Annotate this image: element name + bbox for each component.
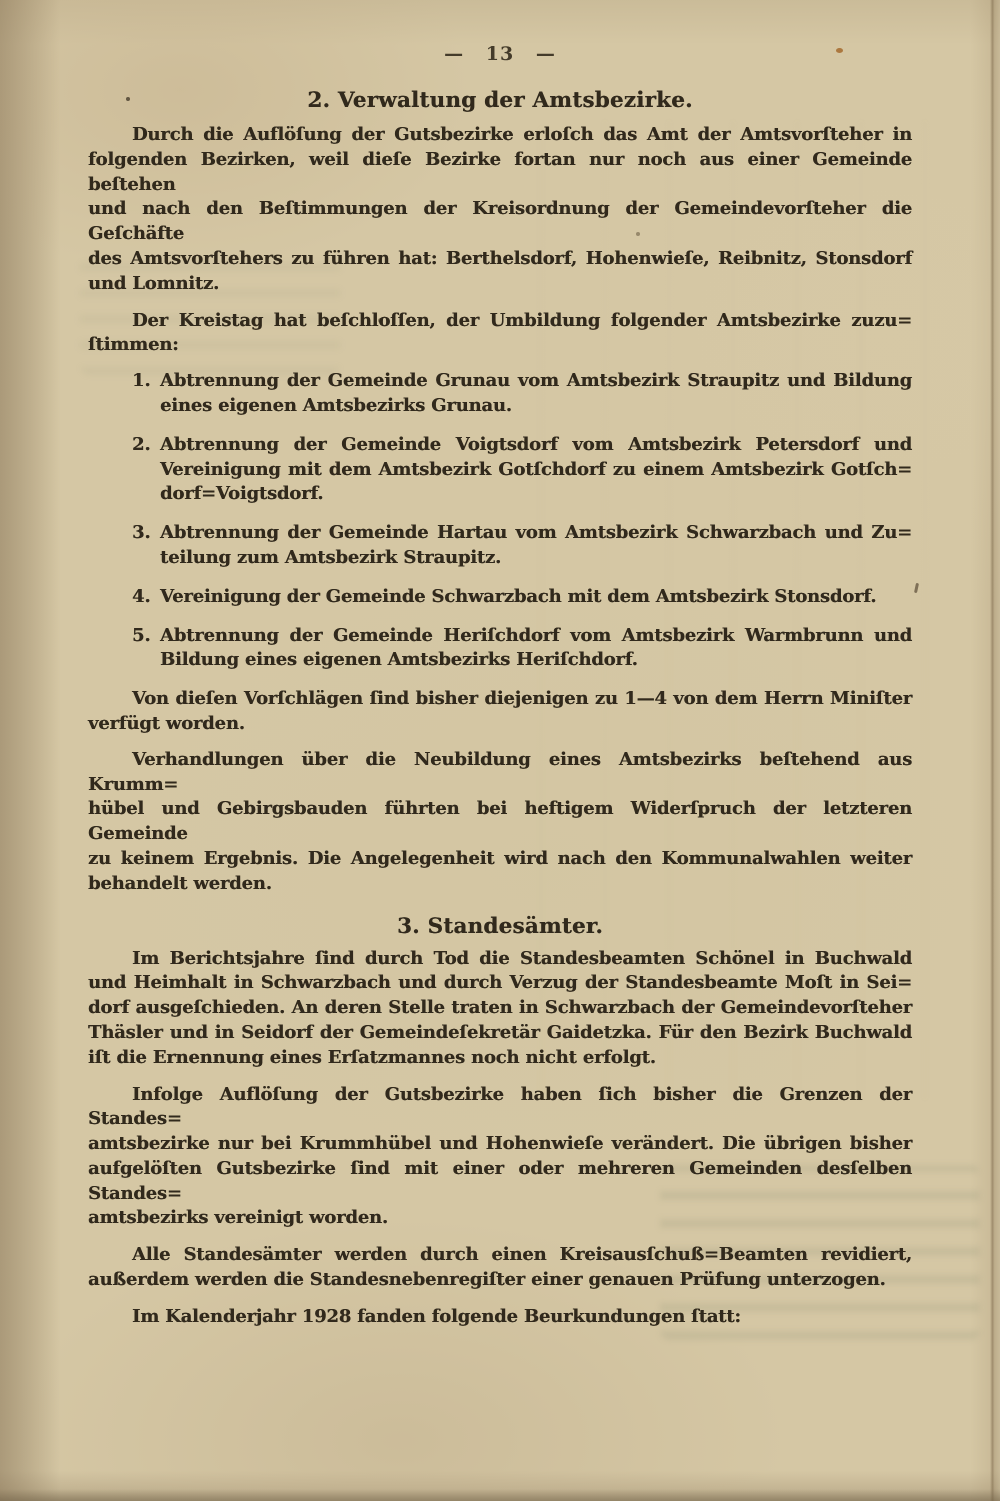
- text-line: Abtrennung der Gemeinde Hartau vom Amtsb…: [160, 521, 912, 546]
- paragraph-gutsbezirke: Durch die Auflöſung der Gutsbezirke erlo…: [88, 123, 912, 297]
- list-item: 5. Abtrennung der Gemeinde Heriſchdorf v…: [132, 624, 912, 674]
- text-line: hübel und Gebirgsbauden führten bei heft…: [88, 797, 912, 847]
- text-line: eines eigenen Amtsbezirks Grunau.: [160, 394, 912, 419]
- text-line: folgenden Bezirken, weil dieſe Bezirke f…: [88, 148, 912, 198]
- list-item-text: Vereinigung der Gemeinde Schwarzbach mit…: [160, 585, 912, 610]
- text-line: Im Berichtsjahre ſind durch Tod die Stan…: [88, 947, 912, 972]
- text-line: Vereinigung mit dem Amtsbezirk Gotſchdor…: [160, 458, 912, 483]
- section-heading-standesaemter: 3. Standesämter.: [88, 914, 912, 940]
- list-item-text: Abtrennung der Gemeinde Voigtsdorf vom A…: [160, 433, 912, 507]
- paragraph-grenzen: Infolge Auflöſung der Gutsbezirke haben …: [88, 1083, 912, 1232]
- page-number: — 13 —: [88, 42, 912, 66]
- paragraph-vorschlaege: Von dieſen Vorſchlägen ſind bisher dieje…: [88, 687, 912, 737]
- text-line: amtsbezirks vereinigt worden.: [88, 1206, 912, 1231]
- text-line: iſt die Ernennung eines Erſatzmannes noc…: [88, 1046, 912, 1071]
- text-line: dorf ausgeſchieden. An deren Stelle trat…: [88, 996, 912, 1021]
- text-line: Alle Standesämter werden durch einen Kre…: [88, 1243, 912, 1268]
- list-item-number: 5.: [132, 624, 160, 674]
- text-line: und Lomnitz.: [88, 272, 912, 297]
- text-line: Durch die Auflöſung der Gutsbezirke erlo…: [88, 123, 912, 148]
- text-line: Abtrennung der Gemeinde Voigtsdorf vom A…: [160, 433, 912, 458]
- text-line: Infolge Auflöſung der Gutsbezirke haben …: [88, 1083, 912, 1133]
- text-line: Vereinigung der Gemeinde Schwarzbach mit…: [160, 585, 912, 610]
- text-line: amtsbezirke nur bei Krummhübel und Hohen…: [88, 1132, 912, 1157]
- list-item-number: 1.: [132, 369, 160, 419]
- text-line: und Heimhalt in Schwarzbach und durch Ve…: [88, 971, 912, 996]
- text-line: und nach den Beſtimmungen der Kreisordnu…: [88, 197, 912, 247]
- text-line: Bildung eines eigenen Amtsbezirks Heriſc…: [160, 648, 912, 673]
- list-item-number: 2.: [132, 433, 160, 507]
- text-line: ſtimmen:: [88, 333, 912, 358]
- paragraph-kreistag: Der Kreistag hat beſchloſſen, der Umbild…: [88, 309, 912, 359]
- page-bottom-edge: [0, 1489, 1000, 1501]
- scanned-document-page: — 13 — 2. Verwaltung der Amtsbezirke. Du…: [0, 0, 1000, 1501]
- page-content: — 13 — 2. Verwaltung der Amtsbezirke. Du…: [0, 0, 1000, 1330]
- text-line: des Amtsvorſtehers zu führen hat: Berthe…: [88, 247, 912, 272]
- text-line: außerdem werden die Standesnebenregiſter…: [88, 1268, 912, 1293]
- paragraph-revision: Alle Standesämter werden durch einen Kre…: [88, 1243, 912, 1293]
- text-line: verfügt worden.: [88, 712, 912, 737]
- text-line: Abtrennung der Gemeinde Heriſchdorf vom …: [160, 624, 912, 649]
- list-item-text: Abtrennung der Gemeinde Grunau vom Amtsb…: [160, 369, 912, 419]
- list-item-number: 4.: [132, 585, 160, 610]
- text-line: Von dieſen Vorſchlägen ſind bisher dieje…: [88, 687, 912, 712]
- section-heading-verwaltung: 2. Verwaltung der Amtsbezirke.: [88, 88, 912, 114]
- list-item: 1. Abtrennung der Gemeinde Grunau vom Am…: [132, 369, 912, 419]
- list-item-text: Abtrennung der Gemeinde Heriſchdorf vom …: [160, 624, 912, 674]
- paragraph-kalenderjahr: Im Kalenderjahr 1928 fanden folgende Beu…: [88, 1305, 912, 1330]
- text-line: Thäsler und in Seidorf der Gemeindeſekre…: [88, 1021, 912, 1046]
- text-line: Abtrennung der Gemeinde Grunau vom Amtsb…: [160, 369, 912, 394]
- text-line: teilung zum Amtsbezirk Straupitz.: [160, 546, 912, 571]
- list-item-number: 3.: [132, 521, 160, 571]
- list-item: 4. Vereinigung der Gemeinde Schwarzbach …: [132, 585, 912, 610]
- text-line: aufgelöſten Gutsbezirke ſind mit einer o…: [88, 1157, 912, 1207]
- text-line: Verhandlungen über die Neubildung eines …: [88, 748, 912, 798]
- text-line: Im Kalenderjahr 1928 fanden folgende Beu…: [88, 1305, 912, 1330]
- paragraph-berichtsjahr: Im Berichtsjahre ſind durch Tod die Stan…: [88, 947, 912, 1071]
- paragraph-verhandlungen: Verhandlungen über die Neubildung eines …: [88, 748, 912, 897]
- text-line: behandelt werden.: [88, 872, 912, 897]
- text-line: Der Kreistag hat beſchloſſen, der Umbild…: [88, 309, 912, 334]
- list-item: 3. Abtrennung der Gemeinde Hartau vom Am…: [132, 521, 912, 571]
- text-line: dorf=Voigtsdorf.: [160, 482, 912, 507]
- list-item-text: Abtrennung der Gemeinde Hartau vom Amtsb…: [160, 521, 912, 571]
- list-item: 2. Abtrennung der Gemeinde Voigtsdorf vo…: [132, 433, 912, 507]
- text-line: zu keinem Ergebnis. Die Angelegenheit wi…: [88, 847, 912, 872]
